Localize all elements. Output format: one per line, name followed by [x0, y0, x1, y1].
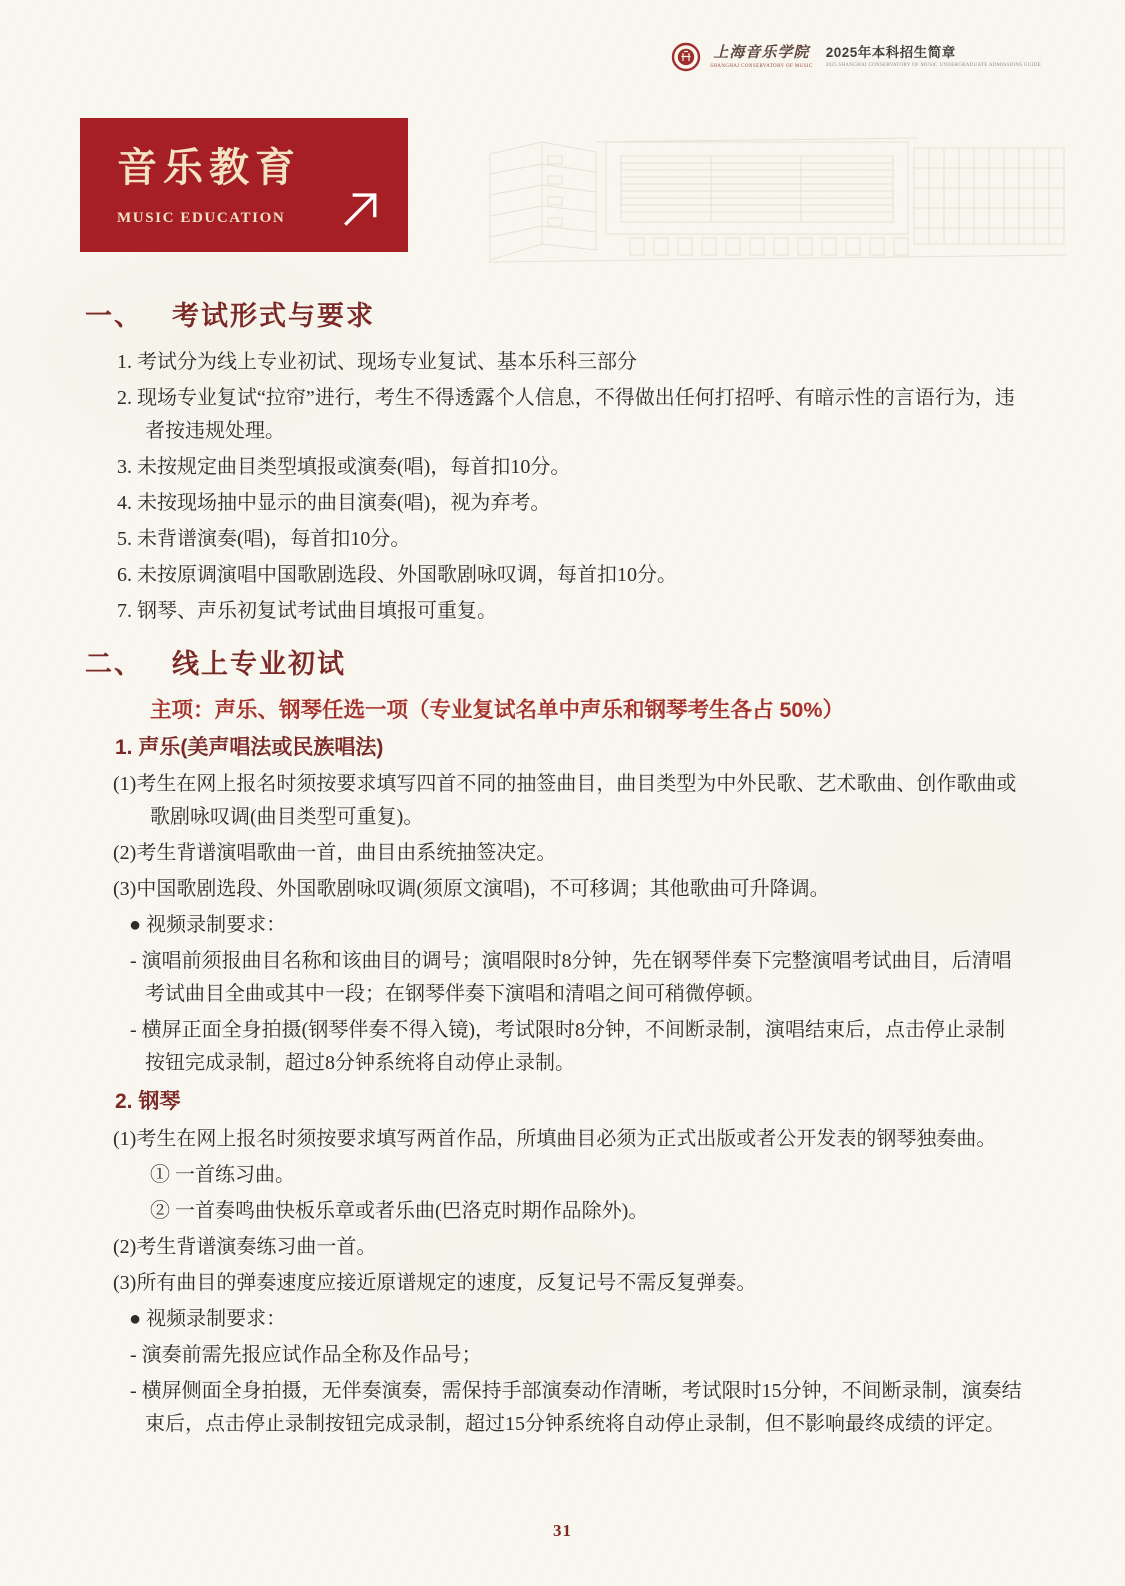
paragraph-item: (2)考生背谱演奏练习曲一首。	[85, 1231, 1022, 1264]
dash-line: - 横屏侧面全身拍摄，无伴奏演奏，需保持手部演奏动作清晰，考试限时15分钟，不间…	[85, 1375, 1022, 1441]
paragraph-item: (2)考生背谱演唱歌曲一首，曲目由系统抽签决定。	[85, 837, 1022, 870]
numbered-item: 5. 未背谱演奏(唱)，每首扣10分。	[85, 523, 1022, 556]
school-logotype: 上海音乐学院 SHANGHAI CONSERVATORY OF MUSIC	[710, 45, 813, 69]
school-name: 上海音乐学院	[713, 45, 809, 62]
circled-item: ② 一首奏鸣曲快板乐章或者乐曲(巴洛克时期作品除外)。	[85, 1195, 1022, 1228]
school-seal-icon	[671, 42, 701, 72]
major-requirement-line: 主项：声乐、钢琴任选一项（专业复试名单中声乐和钢琴考生各占 50%）	[85, 694, 1022, 726]
paragraph-item: (1)考生在网上报名时须按要求填写四首不同的抽签曲目，曲目类型为中外民歌、艺术歌…	[85, 768, 1022, 834]
numbered-item: 1. 考试分为线上专业初试、现场专业复试、基本乐科三部分	[85, 346, 1022, 379]
bullet-line: ● 视频录制要求：	[85, 1303, 1022, 1336]
numbered-item: 3. 未按规定曲目类型填报或演奏(唱)，每首扣10分。	[85, 451, 1022, 484]
banner-title: 音乐教育	[117, 148, 408, 188]
paragraph-item: (3)所有曲目的弹奏速度应接近原谱规定的速度，反复记号不需反复弹奏。	[85, 1267, 1022, 1300]
sub-heading: 1. 声乐(美声唱法或民族唱法)	[85, 733, 1022, 763]
circled-item: ① 一首练习曲。	[85, 1159, 1022, 1192]
numbered-item: 2. 现场专业复试“拉帘”进行，考生不得透露个人信息，不得做出任何打招呼、有暗示…	[85, 382, 1022, 448]
document-title-block: 2025年本科招生简章 2025 SHANGHAI CONSERVATORY O…	[826, 45, 1041, 69]
school-name-en: SHANGHAI CONSERVATORY OF MUSIC	[710, 64, 813, 70]
bullet-line: ● 视频录制要求：	[85, 909, 1022, 942]
brochure-page: { "header": { "school_name": "上海音乐学院", "…	[0, 0, 1125, 1586]
page-header: 上海音乐学院 SHANGHAI CONSERVATORY OF MUSIC 20…	[671, 42, 1041, 72]
section-heading: 一、 考试形式与要求	[85, 300, 1022, 334]
section-banner: 音乐教育 MUSIC EDUCATION	[80, 118, 408, 252]
arrow-up-right-icon	[336, 184, 384, 232]
dash-line: - 演奏前需先报应试作品全称及作品号；	[85, 1339, 1022, 1372]
section-heading: 二、 线上专业初试	[85, 648, 1022, 682]
paragraph-item: (1)考生在网上报名时须按要求填写两首作品，所填曲目必须为正式出版或者公开发表的…	[85, 1123, 1022, 1156]
dash-line: - 演唱前须报曲目名称和该曲目的调号；演唱限时8分钟，先在钢琴伴奏下完整演唱考试…	[85, 945, 1022, 1011]
dash-line: - 横屏正面全身拍摄(钢琴伴奏不得入镜)，考试限时8分钟，不间断录制，演唱结束后…	[85, 1014, 1022, 1080]
page-number: 31	[0, 1521, 1125, 1541]
numbered-item: 4. 未按现场抽中显示的曲目演奏(唱)，视为弃考。	[85, 487, 1022, 520]
sub-heading: 2. 钢琴	[85, 1087, 1022, 1117]
document-body: 一、 考试形式与要求1. 考试分为线上专业初试、现场专业复试、基本乐科三部分2.…	[85, 300, 1022, 1444]
document-subtitle: 2025 SHANGHAI CONSERVATORY OF MUSIC UNDE…	[826, 63, 1041, 69]
document-title: 2025年本科招生简章	[826, 45, 1041, 61]
paragraph-item: (3)中国歌剧选段、外国歌剧咏叹调(须原文演唱)，不可移调；其他歌曲可升降调。	[85, 873, 1022, 906]
numbered-item: 7. 钢琴、声乐初复试考试曲目填报可重复。	[85, 595, 1022, 628]
campus-building-illustration	[478, 112, 1070, 270]
numbered-item: 6. 未按原调演唱中国歌剧选段、外国歌剧咏叹调，每首扣10分。	[85, 559, 1022, 592]
